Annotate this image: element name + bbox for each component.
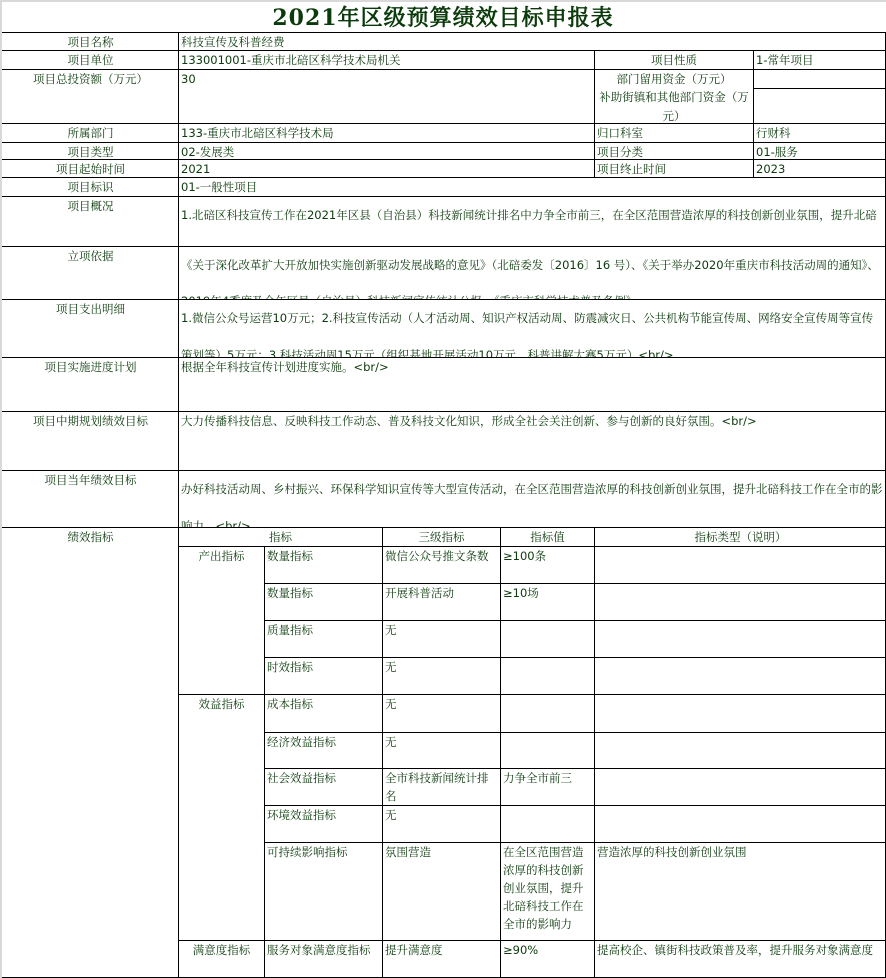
indicator-level3[interactable]: 微信公众号推文条数 xyxy=(383,547,500,583)
nature-label: 项目性质 xyxy=(595,51,753,69)
grid-line xyxy=(264,805,886,806)
schedule-label: 项目实施进度计划 xyxy=(3,358,178,411)
category-label: 项目分类 xyxy=(595,143,753,159)
office-label: 归口科室 xyxy=(595,124,753,142)
type-label: 项目类型 xyxy=(3,143,178,159)
grid-line xyxy=(594,50,595,69)
group-benefit: 效益指标 xyxy=(179,695,264,940)
indicator-value[interactable]: ≥100条 xyxy=(501,547,594,583)
indicator-desc[interactable]: 提高校企、镇街科技政策普及率，提升服务对象满意度 xyxy=(595,941,886,978)
total-invest-label: 项目总投资额（万元） xyxy=(3,70,178,123)
basis-label: 立项依据 xyxy=(3,247,178,299)
indicator-sub-name: 经济效益指标 xyxy=(265,733,382,768)
dept-reserved-value[interactable] xyxy=(754,70,886,88)
indicator-desc[interactable] xyxy=(595,621,886,657)
grid-line xyxy=(594,527,595,978)
grid-line xyxy=(178,546,886,547)
grid-line xyxy=(178,32,179,978)
expense-label: 项目支出明细 xyxy=(3,300,178,357)
schedule-value[interactable]: 根据全年科技宣传计划进度实施。<br/> xyxy=(179,358,886,411)
grid-line xyxy=(753,50,754,69)
basis-value[interactable]: 《关于深化改革扩大开放加快实施创新驱动发展战略的意见》（北碚委发〔2016〕16… xyxy=(179,247,886,299)
dept-reserved-label: 部门留用资金（万元） xyxy=(595,70,753,88)
grid-line xyxy=(264,657,886,658)
department-label: 所属部门 xyxy=(3,124,178,142)
indicator-sub-name: 质量指标 xyxy=(265,621,382,657)
grid-line xyxy=(264,732,886,733)
indicator-desc[interactable] xyxy=(595,547,886,583)
group-satisfaction: 满意度指标 xyxy=(179,941,264,978)
grid-line xyxy=(2,196,886,197)
header-level3: 三级指标 xyxy=(383,528,500,546)
grid-line xyxy=(753,88,886,89)
indicator-sub-name: 时效指标 xyxy=(265,658,382,694)
grid-line xyxy=(2,246,886,247)
grid-line xyxy=(264,620,886,621)
subsidy-label: 补助街镇和其他部门资金（万元） xyxy=(595,88,753,123)
type-value[interactable]: 02-发展类 xyxy=(179,143,594,159)
start-label: 项目起始时间 xyxy=(3,160,178,177)
indicator-sub-name: 数量指标 xyxy=(265,547,382,583)
grid-line xyxy=(382,527,383,978)
indicator-level3[interactable]: 无 xyxy=(383,733,500,768)
grid-line xyxy=(178,694,886,695)
indicator-sub-name: 成本指标 xyxy=(265,695,382,732)
indicator-desc[interactable] xyxy=(595,806,886,842)
grid-line xyxy=(594,69,595,177)
indicator-value[interactable]: 在全区范围营造浓厚的科技创新创业氛围，提升北碚科技工作在全市的影响力 xyxy=(501,843,594,940)
grid-line xyxy=(2,527,886,528)
indicator-sub-name: 数量指标 xyxy=(265,584,382,620)
indicator-value[interactable]: ≥90% xyxy=(501,941,594,978)
grid-line xyxy=(2,32,886,33)
flag-value[interactable]: 01-一般性项目 xyxy=(179,178,886,196)
expense-value[interactable]: 1.微信公众号运营10万元；2.科技宣传活动（人才活动周、知识产权活动周、防震减… xyxy=(179,300,886,357)
unit-label: 项目单位 xyxy=(3,51,178,69)
indicator-desc[interactable] xyxy=(595,769,886,805)
department-value[interactable]: 133-重庆市北碚区科学技术局 xyxy=(179,124,594,142)
subsidy-value[interactable] xyxy=(754,89,886,123)
indicator-level3[interactable]: 全市科技新闻统计排名 xyxy=(383,769,500,805)
indicator-sub-name: 社会效益指标 xyxy=(265,769,382,805)
flag-label: 项目标识 xyxy=(3,178,178,196)
grid-line xyxy=(2,299,886,300)
indicator-level3[interactable]: 无 xyxy=(383,695,500,732)
group-output: 产出指标 xyxy=(179,547,264,694)
grid-line xyxy=(264,842,886,843)
indicator-value[interactable] xyxy=(501,621,594,657)
project-name-value[interactable]: 科技宣传及科普经费 xyxy=(179,33,886,50)
indicator-desc[interactable] xyxy=(595,584,886,620)
indicator-value[interactable]: ≥10场 xyxy=(501,584,594,620)
annual-value[interactable]: 办好科技活动周、乡村振兴、环保科学知识宣传等大型宣传活动，在全区范围营造浓厚的科… xyxy=(179,471,886,527)
indicator-level3[interactable]: 无 xyxy=(383,806,500,842)
indicator-value[interactable] xyxy=(501,658,594,694)
header-value: 指标值 xyxy=(501,528,594,546)
start-value[interactable]: 2021 xyxy=(179,160,594,177)
grid-line xyxy=(2,470,886,471)
grid-line xyxy=(500,527,501,978)
indicator-desc[interactable] xyxy=(595,733,886,768)
office-value[interactable]: 行财科 xyxy=(754,124,886,142)
indicator-level3[interactable]: 开展科普活动 xyxy=(383,584,500,620)
end-value[interactable]: 2023 xyxy=(754,160,886,177)
indicator-level3[interactable]: 无 xyxy=(383,658,500,694)
category-value[interactable]: 01-服务 xyxy=(754,143,886,159)
header-indicator: 指标 xyxy=(179,528,382,546)
grid-line xyxy=(264,768,886,769)
grid-line xyxy=(264,583,886,584)
grid-line xyxy=(2,177,886,178)
indicator-level3[interactable]: 氛围营造 xyxy=(383,843,500,940)
indicator-value[interactable] xyxy=(501,695,594,732)
overview-value[interactable]: 1.北碚区科技宣传工作在2021年区县（自治县）科技新闻统计排名中力争全市前三，… xyxy=(179,197,886,246)
indicator-sub-name: 可持续影响指标 xyxy=(265,843,382,940)
indicators-section-label: 绩效指标 xyxy=(3,528,178,978)
end-label: 项目终止时间 xyxy=(595,160,753,177)
indicator-desc[interactable]: 营造浓厚的科技创新创业氛围 xyxy=(595,843,886,940)
grid-line xyxy=(753,69,754,177)
grid-line xyxy=(264,546,265,978)
indicator-desc[interactable] xyxy=(595,658,886,694)
nature-value[interactable]: 1-常年项目 xyxy=(754,51,886,69)
overview-label: 项目概况 xyxy=(3,197,178,246)
sheet-left-edge xyxy=(0,0,2,978)
grid-line xyxy=(178,940,886,941)
grid-line xyxy=(2,357,886,358)
unit-value[interactable]: 133001001-重庆市北碚区科学技术局机关 xyxy=(179,51,594,69)
midterm-value[interactable]: 大力传播科技信息、反映科技工作动态、普及科技文化知识，形成全社会关注创新、参与创… xyxy=(179,412,886,470)
indicator-desc[interactable] xyxy=(595,695,886,732)
header-type-desc: 指标类型（说明） xyxy=(595,528,886,546)
annual-label: 项目当年绩效目标 xyxy=(3,471,178,527)
indicator-sub-name: 服务对象满意度指标 xyxy=(265,941,382,978)
form-title: 2021年区级预算绩效目标申报表 xyxy=(0,0,886,32)
indicator-level3[interactable]: 提升满意度 xyxy=(383,941,500,978)
indicator-value[interactable]: 力争全市前三 xyxy=(501,769,594,805)
indicator-value[interactable] xyxy=(501,806,594,842)
midterm-label: 项目中期规划绩效目标 xyxy=(3,412,178,470)
project-name-label: 项目名称 xyxy=(3,33,178,50)
indicator-value[interactable] xyxy=(501,733,594,768)
indicator-sub-name: 环境效益指标 xyxy=(265,806,382,842)
indicator-level3[interactable]: 无 xyxy=(383,621,500,657)
total-invest-value[interactable]: 30 xyxy=(179,70,594,123)
grid-line xyxy=(2,411,886,412)
